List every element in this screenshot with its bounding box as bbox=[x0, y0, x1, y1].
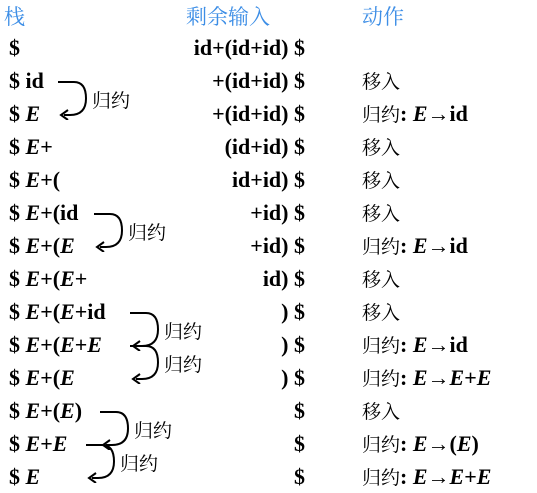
action-cell: 归约: E→id bbox=[362, 97, 468, 132]
reduce-label: 归约 bbox=[164, 317, 202, 344]
table-row: $ E+(id+id) $移入 bbox=[0, 196, 537, 229]
stack-cell: $ E+(E+E bbox=[9, 328, 102, 361]
table-row: $ E+(E+id) $移入 bbox=[0, 295, 537, 328]
table-row: $ E+E$归约: E→(E) bbox=[0, 427, 537, 460]
stack-cell: $ E+ bbox=[9, 130, 53, 163]
action-cell: 归约: E→id bbox=[362, 229, 468, 264]
input-cell: id+id) $ bbox=[232, 163, 305, 196]
input-cell: ) $ bbox=[281, 361, 305, 394]
reduce-arrow-icon bbox=[128, 341, 168, 384]
table-row: $ E+(E+E) $归约: E→id bbox=[0, 328, 537, 361]
action-cell: 移入 bbox=[362, 394, 400, 429]
input-cell: +id) $ bbox=[250, 229, 305, 262]
action-cell: 移入 bbox=[362, 295, 400, 330]
input-cell: $ bbox=[294, 427, 305, 460]
action-cell: 归约: E→E+E bbox=[362, 460, 491, 493]
reduce-label: 归约 bbox=[164, 350, 202, 377]
table-row: $ E+(id+id) $移入 bbox=[0, 130, 537, 163]
table-row: $ E+(id+id) $移入 bbox=[0, 163, 537, 196]
table-row: $ E+(E+id) $移入 bbox=[0, 262, 537, 295]
reduce-label: 归约 bbox=[120, 449, 158, 476]
stack-cell: $ E+( bbox=[9, 163, 60, 196]
input-cell: id+(id+id) $ bbox=[194, 31, 305, 64]
table-row: $ E+(E+id) $归约: E→id bbox=[0, 229, 537, 262]
input-cell: ) $ bbox=[281, 295, 305, 328]
reduce-arrow-icon bbox=[56, 77, 96, 120]
reduce-arrow-icon bbox=[84, 440, 124, 483]
action-cell: 归约: E→E+E bbox=[362, 361, 491, 396]
table-row: $ E+(E) $归约: E→E+E bbox=[0, 361, 537, 394]
action-cell: 归约: E→id bbox=[362, 328, 468, 363]
stack-cell: $ E+(E bbox=[9, 361, 75, 394]
stack-cell: $ E+(id bbox=[9, 196, 78, 229]
table-row: $ E$归约: E→E+E bbox=[0, 460, 537, 493]
stack-cell: $ bbox=[9, 31, 20, 64]
header-stack: 栈 bbox=[4, 1, 25, 31]
stack-cell: $ E+E bbox=[9, 427, 67, 460]
action-cell: 移入 bbox=[362, 130, 400, 165]
action-cell: 移入 bbox=[362, 64, 400, 99]
reduce-arrow-icon bbox=[92, 209, 132, 252]
input-cell: id) $ bbox=[263, 262, 305, 295]
stack-cell: $ E+(E bbox=[9, 229, 75, 262]
header-input: 剩余输入 bbox=[186, 1, 270, 31]
action-cell: 移入 bbox=[362, 196, 400, 231]
input-cell: +(id+id) $ bbox=[212, 97, 305, 130]
stack-cell: $ E+(E) bbox=[9, 394, 82, 427]
header-action: 动作 bbox=[362, 1, 404, 31]
reduce-label: 归约 bbox=[92, 86, 130, 113]
stack-cell: $ E bbox=[9, 460, 40, 493]
stack-cell: $ E bbox=[9, 97, 40, 130]
stack-cell: $ id bbox=[9, 64, 44, 97]
table-row: $id+(id+id) $ bbox=[0, 31, 537, 64]
input-cell: +id) $ bbox=[250, 196, 305, 229]
input-cell: $ bbox=[294, 460, 305, 493]
table-row: $ E+(E)$移入 bbox=[0, 394, 537, 427]
input-cell: +(id+id) $ bbox=[212, 64, 305, 97]
action-cell: 归约: E→(E) bbox=[362, 427, 479, 462]
stack-cell: $ E+(E+id bbox=[9, 295, 106, 328]
stack-cell: $ E+(E+ bbox=[9, 262, 87, 295]
action-cell: 移入 bbox=[362, 163, 400, 198]
reduce-label: 归约 bbox=[134, 416, 172, 443]
input-cell: $ bbox=[294, 394, 305, 427]
input-cell: ) $ bbox=[281, 328, 305, 361]
reduce-label: 归约 bbox=[128, 218, 166, 245]
action-cell: 移入 bbox=[362, 262, 400, 297]
input-cell: (id+id) $ bbox=[225, 130, 305, 163]
